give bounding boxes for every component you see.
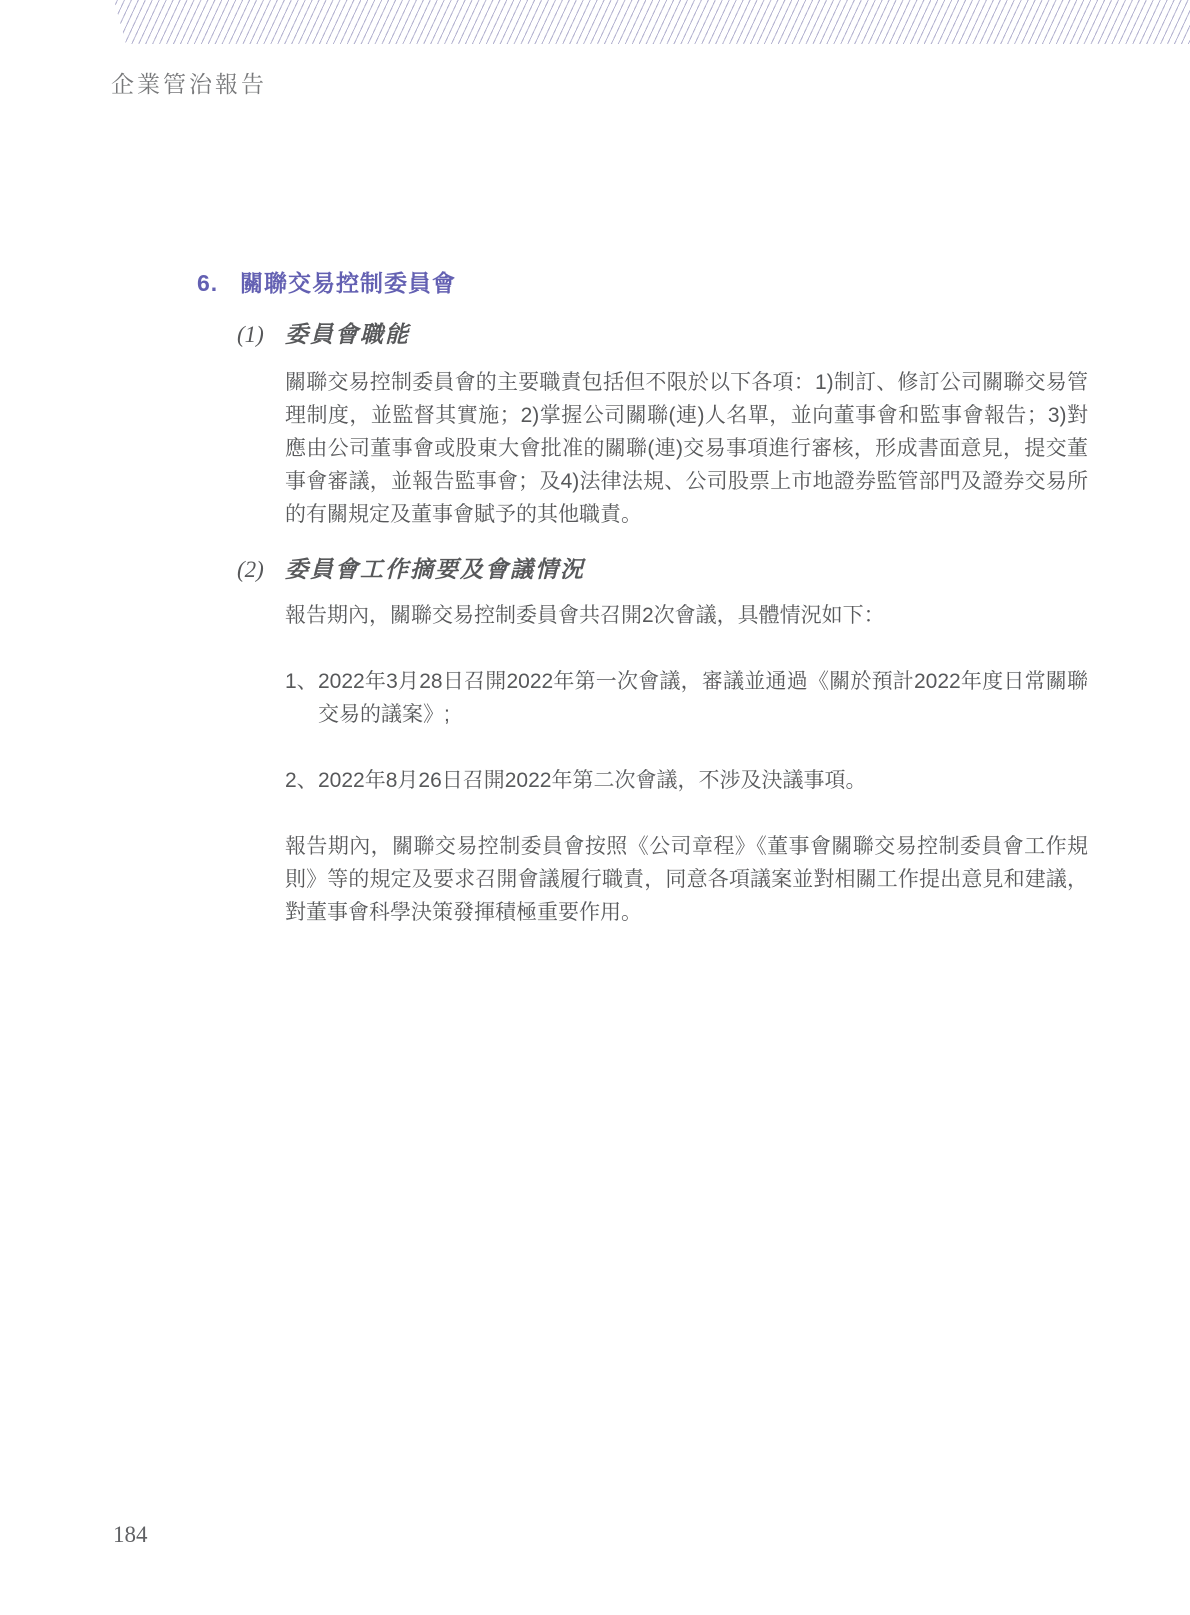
subsection-number: (2) <box>237 555 285 585</box>
report-page: 企業管治報告 6. 關聯交易控制委員會 (1) 委員會職能 關聯交易控制委員會的… <box>0 0 1190 1615</box>
list-item-text: 2022年3月28日召開2022年第一次會議，審議並通過《關於預計2022年度日… <box>318 665 1088 731</box>
section-title: 關聯交易控制委員會 <box>240 268 456 298</box>
meeting-list-item: 1、 2022年3月28日召開2022年第一次會議，審議並通過《關於預計2022… <box>285 665 1088 731</box>
list-item-text: 2022年8月26日召開2022年第二次會議，不涉及決議事項。 <box>318 764 1088 797</box>
hatch-pattern-banner <box>110 0 1190 44</box>
subsection-body: 關聯交易控制委員會的主要職責包括但不限於以下各項：1)制訂、修訂公司關聯交易管理… <box>285 366 1088 531</box>
subsection-heading: (1) 委員會職能 <box>237 320 1088 350</box>
page-header-title: 企業管治報告 <box>111 66 267 99</box>
subsection-number: (1) <box>237 320 285 350</box>
main-content: 6. 關聯交易控制委員會 (1) 委員會職能 關聯交易控制委員會的主要職責包括但… <box>197 268 1088 929</box>
section-number: 6. <box>197 268 240 298</box>
meeting-list-item: 2、 2022年8月26日召開2022年第二次會議，不涉及決議事項。 <box>285 764 1088 797</box>
subsection-work-summary: (2) 委員會工作摘要及會議情況 報告期內，關聯交易控制委員會共召開2次會議，具… <box>237 555 1088 929</box>
subsection-body: 報告期內，關聯交易控制委員會共召開2次會議，具體情況如下： 1、 2022年3月… <box>285 599 1088 929</box>
subsection-committee-functions: (1) 委員會職能 關聯交易控制委員會的主要職責包括但不限於以下各項：1)制訂、… <box>237 320 1088 531</box>
subsection-heading: (2) 委員會工作摘要及會議情況 <box>237 555 1088 585</box>
committee-functions-paragraph: 關聯交易控制委員會的主要職責包括但不限於以下各項：1)制訂、修訂公司關聯交易管理… <box>285 366 1088 531</box>
subsection-title: 委員會工作摘要及會議情況 <box>285 555 585 585</box>
list-item-marker: 1、 <box>285 665 318 731</box>
section-heading: 6. 關聯交易控制委員會 <box>197 268 1088 298</box>
meetings-intro-paragraph: 報告期內，關聯交易控制委員會共召開2次會議，具體情況如下： <box>285 599 1088 632</box>
list-item-marker: 2、 <box>285 764 318 797</box>
page-number: 184 <box>113 1522 148 1548</box>
subsection-title: 委員會職能 <box>285 320 410 350</box>
closing-paragraph: 報告期內，關聯交易控制委員會按照《公司章程》《董事會關聯交易控制委員會工作規則》… <box>285 830 1088 929</box>
